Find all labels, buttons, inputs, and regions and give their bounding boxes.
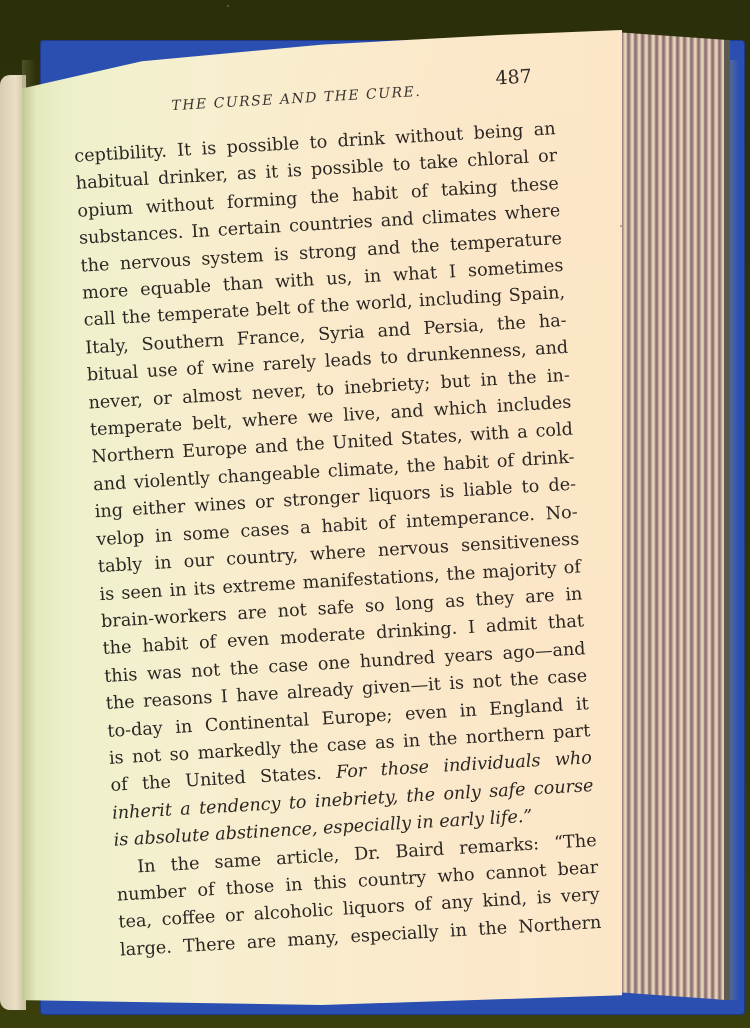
book-scan: THE CURSE AND THE CURE. 487 ceptibility.… xyxy=(0,0,750,1028)
body-text: ceptibility. It is possible to drink wit… xyxy=(74,115,620,965)
page-fore-edges xyxy=(614,32,730,1000)
dust-speck xyxy=(227,5,229,7)
page-text-block: THE CURSE AND THE CURE. 487 ceptibility.… xyxy=(70,53,620,965)
paper-speck xyxy=(620,225,622,227)
page-number: 487 xyxy=(495,65,532,89)
gutter-shadow xyxy=(22,60,36,1000)
paper-speck xyxy=(400,930,402,932)
running-title: THE CURSE AND THE CURE. xyxy=(171,84,422,114)
